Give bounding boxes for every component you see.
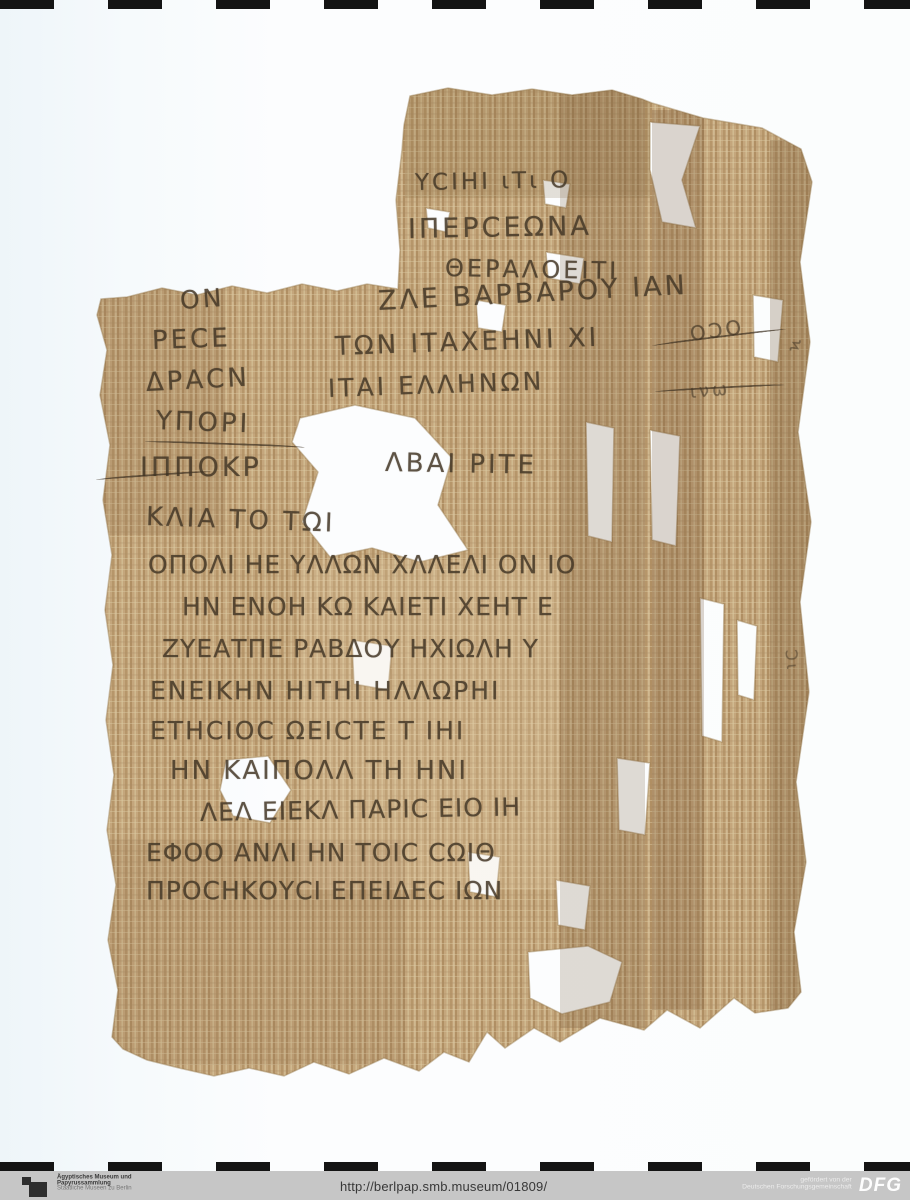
museum-attribution: Ägyptisches Museum und Papyrussammlung S… [57,1175,132,1192]
papyrus-text-line: ινω [689,379,731,403]
papyrus-text-line: ΗΝ ΕΝΟΗ ΚΩ ΚΑΙΕΤΙ ΧΕΗΤ Ε [182,592,554,621]
papyrus-text-line: ΥΠΟΡΙ [155,406,250,439]
papyrus-text-line: ΕΤΗϹΙΟϹ ΩΕΙϹΤΕ Τ ΙΗΙ [150,716,465,745]
papyrus-text-line: ΕΦΟΟ ΑΝΛΙ ΗΝ ΤΟΙϹ ϹΩΙΘ [146,838,496,867]
calibration-scale-bottom [0,1162,910,1171]
papyrus-text-line: ΥϹΙΗΙ ιΤι Ο [415,167,572,196]
museum-logo-icon [22,1177,48,1197]
dfg-logo: DFG [859,1175,902,1197]
papyrus-text-line: ΙΠΕΡϹΕΩΝΑ [408,211,592,245]
papyrus-text-line: ΔΡΑϹΝ [145,363,250,398]
papyrus-text-line: ΛΒΑΙ ΡΙΤΕ [385,448,538,481]
footer-bar: Ägyptisches Museum und Papyrussammlung S… [0,1171,910,1200]
papyrus-text-line: ΡΕϹΕ [151,323,231,356]
papyrus-text-line: ΠΡΟϹΗΚΟΥϹΙ ΕΠΕΙΔΕϹ ΙΩΝ [146,876,503,905]
photo-area: ΥϹΙΗΙ ιΤι ΟΙΠΕΡϹΕΩΝΑΘΕΡΑΛΟΕΙΤΙΟΝΖΛΕ ΒΑΡΒ… [0,0,910,1200]
digitized-papyrus-page: ΥϹΙΗΙ ιΤι ΟΙΠΕΡϹΕΩΝΑΘΕΡΑΛΟΕΙΤΙΟΝΖΛΕ ΒΑΡΒ… [0,0,910,1200]
papyrus-text-line: ΗΝ ΚΑΙΠΟΛΛ ΤΗ ΗΝΙ [170,756,468,786]
papyrus-text-line: ΕΝΕΙΚΗΝ ΗΙΤΗΙ ΗΛΛΩΡΗΙ [150,676,500,705]
papyrus-text-line: Ͻι [782,649,803,673]
papyrus-text-line: ΟΠΟΛΙ ΗΕ ΥΛΛΩΝ ΧΛΛΕΛΙ ΟΝ ΙΟ [148,550,576,579]
papyrus-text-line: ΙΠΠΟΚΡ [140,452,262,483]
papyrus-text-line: ΟΝ [179,283,225,315]
dfg-funding-credit: gefördert von der Deutschen Forschungsge… [742,1176,852,1190]
image-source-url: http://berlpap.smb.museum/01809/ [340,1179,547,1194]
papyrus-text-line: ΖΥΕΑΤΠΕ ΡΑΒΔΟΥ ΗΧΙΩΛΗ Υ [162,634,539,663]
funding-line2: Deutschen Forschungsgemeinschaft [742,1183,852,1190]
papyrus-text-line: ΛΕΛ ΕΙΕΚΛ ΠΑΡΙϹ ΕΙΟ ΙΗ [200,792,522,827]
museum-line3: Staatliche Museen zu Berlin [57,1186,132,1192]
